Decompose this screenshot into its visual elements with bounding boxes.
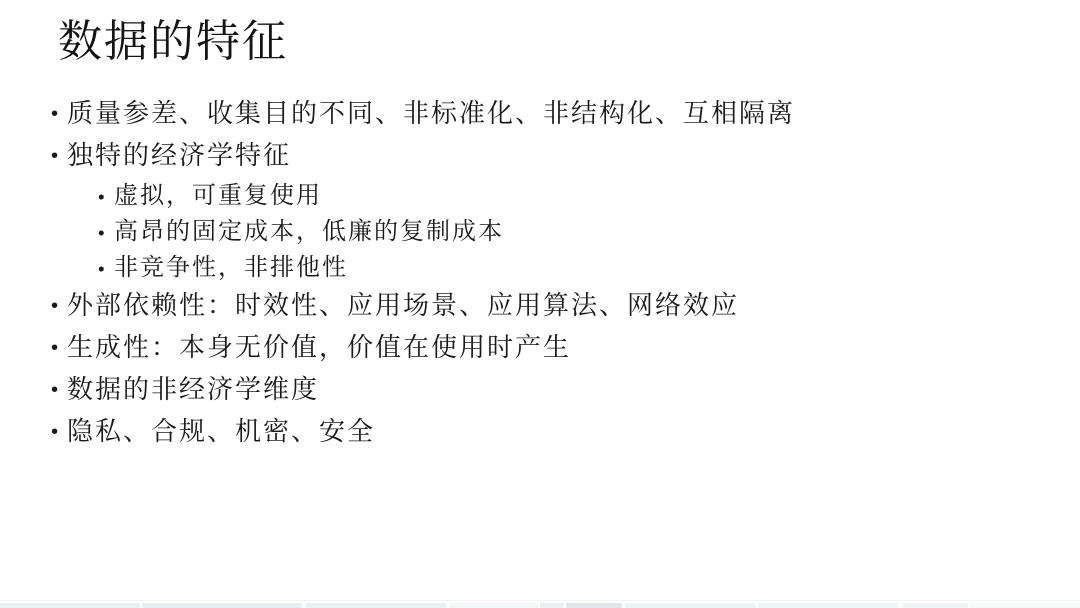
filmstrip-segment — [902, 603, 968, 608]
bullet-text: 隐私、合规、机密、安全 — [67, 416, 375, 447]
bullet-icon: • — [51, 141, 67, 172]
bullet-text: 虚拟，可重复使用 — [114, 182, 322, 210]
bullet-item: • 外部依赖性：时效性、应用场景、应用算法、网络效应 — [51, 290, 795, 321]
bullet-icon: • — [51, 417, 67, 448]
bullet-icon: • — [51, 375, 67, 406]
bullet-text: 外部依赖性：时效性、应用场景、应用算法、网络效应 — [67, 290, 739, 321]
bullet-item: • 独特的经济学特征 — [51, 140, 795, 171]
filmstrip-bar[interactable] — [0, 600, 1080, 608]
bullet-icon: • — [98, 255, 114, 283]
filmstrip-segment — [450, 603, 538, 608]
bullet-text: 生成性：本身无价值，价值在使用时产生 — [67, 332, 571, 363]
bullet-item-sub: • 高昂的固定成本，低廉的复制成本 — [98, 218, 795, 246]
bullet-text: 质量参差、收集目的不同、非标准化、非结构化、互相隔离 — [67, 98, 795, 129]
filmstrip-segment — [970, 603, 1080, 608]
slide-title: 数据的特征 — [58, 16, 288, 68]
filmstrip-segment — [540, 603, 564, 608]
bullet-icon: • — [98, 183, 114, 211]
bullet-icon: • — [51, 333, 67, 364]
bullet-item: • 质量参差、收集目的不同、非标准化、非结构化、互相隔离 — [51, 98, 795, 129]
filmstrip-segment — [142, 603, 302, 608]
bullet-text: 数据的非经济学维度 — [67, 374, 319, 405]
bullet-item-sub: • 非竞争性，非排他性 — [98, 254, 795, 282]
bullet-icon: • — [98, 219, 114, 247]
bullet-item-sub: • 虚拟，可重复使用 — [98, 182, 795, 210]
bullet-icon: • — [51, 291, 67, 322]
bullet-item: • 隐私、合规、机密、安全 — [51, 416, 795, 447]
bullet-text: 高昂的固定成本，低廉的复制成本 — [114, 218, 504, 246]
bullet-text: 独特的经济学特征 — [67, 140, 291, 171]
bullet-text: 非竞争性，非排他性 — [114, 254, 348, 282]
filmstrip-segment — [625, 603, 755, 608]
bullet-item: • 生成性：本身无价值，价值在使用时产生 — [51, 332, 795, 363]
bullet-item: • 数据的非经济学维度 — [51, 374, 795, 405]
filmstrip-segment — [0, 603, 140, 608]
bullet-icon: • — [51, 99, 67, 130]
bullet-list: • 质量参差、收集目的不同、非标准化、非结构化、互相隔离 • 独特的经济学特征 … — [51, 98, 795, 458]
slide: 数据的特征 • 质量参差、收集目的不同、非标准化、非结构化、互相隔离 • 独特的… — [0, 0, 1080, 608]
filmstrip-segment — [566, 603, 622, 608]
filmstrip-segment — [306, 603, 446, 608]
filmstrip-segment — [758, 603, 898, 608]
